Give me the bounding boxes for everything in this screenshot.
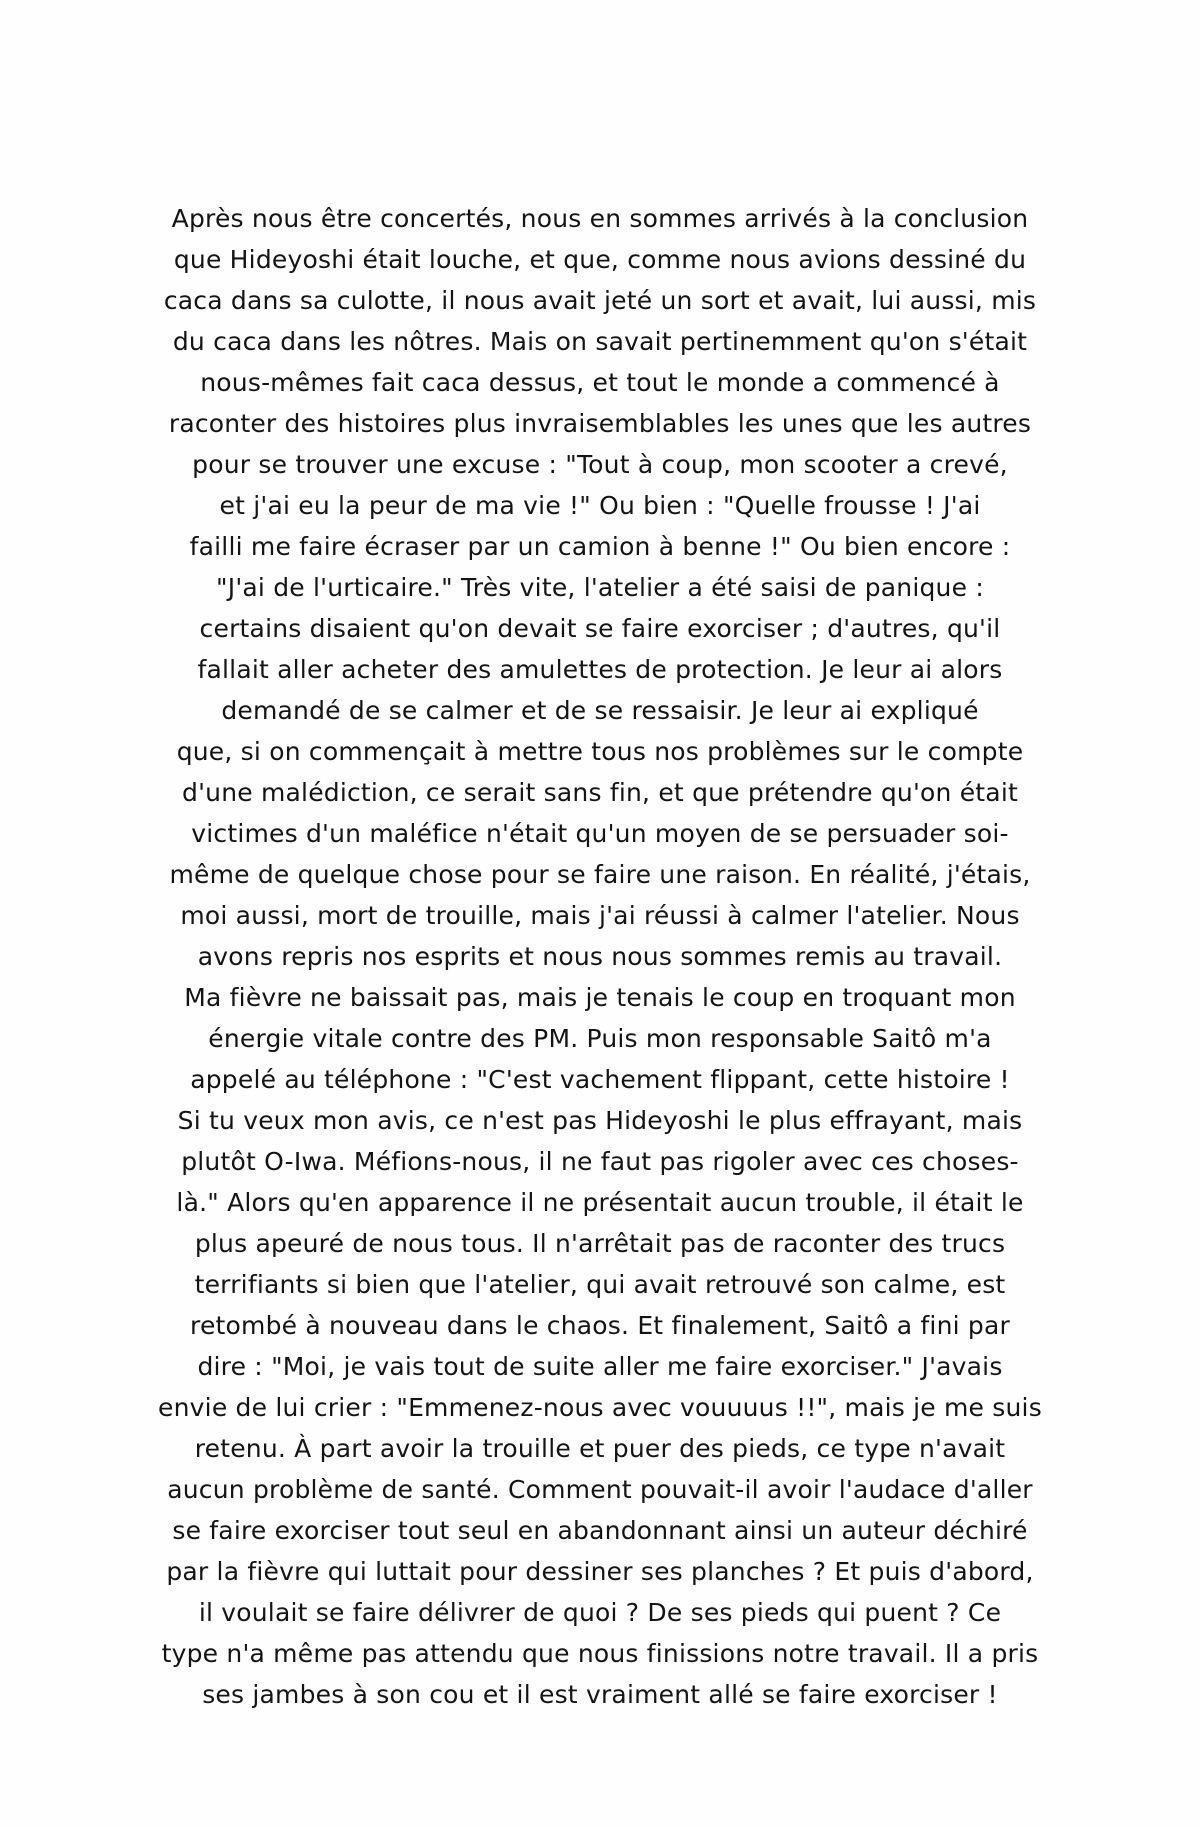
text-line: appelé au téléphone : "C'est vachement f… <box>70 1059 1130 1100</box>
text-line: dire : "Moi, je vais tout de suite aller… <box>70 1346 1130 1387</box>
text-line: victimes d'un maléfice n'était qu'un moy… <box>70 813 1130 854</box>
text-line: plutôt O-Iwa. Méfions-nous, il ne faut p… <box>70 1141 1130 1182</box>
text-line: raconter des histoires plus invraisembla… <box>70 403 1130 444</box>
text-line: ses jambes à son cou et il est vraiment … <box>70 1674 1130 1715</box>
text-line: du caca dans les nôtres. Mais on savait … <box>70 321 1130 362</box>
text-line: même de quelque chose pour se faire une … <box>70 854 1130 895</box>
text-line: là." Alors qu'en apparence il ne présent… <box>70 1182 1130 1223</box>
text-line: failli me faire écraser par un camion à … <box>70 526 1130 567</box>
text-line: type n'a même pas attendu que nous finis… <box>70 1633 1130 1674</box>
text-line: Ma fièvre ne baissait pas, mais je tenai… <box>70 977 1130 1018</box>
text-line: que Hideyoshi était louche, et que, comm… <box>70 239 1130 280</box>
text-line: retenu. À part avoir la trouille et puer… <box>70 1428 1130 1469</box>
text-line: certains disaient qu'on devait se faire … <box>70 608 1130 649</box>
text-line: que, si on commençait à mettre tous nos … <box>70 731 1130 772</box>
text-line: Après nous être concertés, nous en somme… <box>70 198 1130 239</box>
text-line: demandé de se calmer et de se ressaisir.… <box>70 690 1130 731</box>
text-line: plus apeuré de nous tous. Il n'arrêtait … <box>70 1223 1130 1264</box>
text-line: pour se trouver une excuse : "Tout à cou… <box>70 444 1130 485</box>
text-line: nous-mêmes fait caca dessus, et tout le … <box>70 362 1130 403</box>
text-line: se faire exorciser tout seul en abandonn… <box>70 1510 1130 1551</box>
text-line: d'une malédiction, ce serait sans fin, e… <box>70 772 1130 813</box>
text-line: aucun problème de santé. Comment pouvait… <box>70 1469 1130 1510</box>
text-line: Si tu veux mon avis, ce n'est pas Hideyo… <box>70 1100 1130 1141</box>
text-line: fallait aller acheter des amulettes de p… <box>70 649 1130 690</box>
text-line: retombé à nouveau dans le chaos. Et fina… <box>70 1305 1130 1346</box>
text-line: terrifiants si bien que l'atelier, qui a… <box>70 1264 1130 1305</box>
text-line: envie de lui crier : "Emmenez-nous avec … <box>70 1387 1130 1428</box>
text-line: et j'ai eu la peur de ma vie !" Ou bien … <box>70 485 1130 526</box>
text-line: énergie vitale contre des PM. Puis mon r… <box>70 1018 1130 1059</box>
text-line: il voulait se faire délivrer de quoi ? D… <box>70 1592 1130 1633</box>
story-text-block: Après nous être concertés, nous en somme… <box>70 198 1130 1715</box>
manga-text-page: Après nous être concertés, nous en somme… <box>0 0 1200 1828</box>
text-line: par la fièvre qui luttait pour dessiner … <box>70 1551 1130 1592</box>
text-line: moi aussi, mort de trouille, mais j'ai r… <box>70 895 1130 936</box>
text-line: "J'ai de l'urticaire." Très vite, l'atel… <box>70 567 1130 608</box>
text-line: caca dans sa culotte, il nous avait jeté… <box>70 280 1130 321</box>
text-line: avons repris nos esprits et nous nous so… <box>70 936 1130 977</box>
